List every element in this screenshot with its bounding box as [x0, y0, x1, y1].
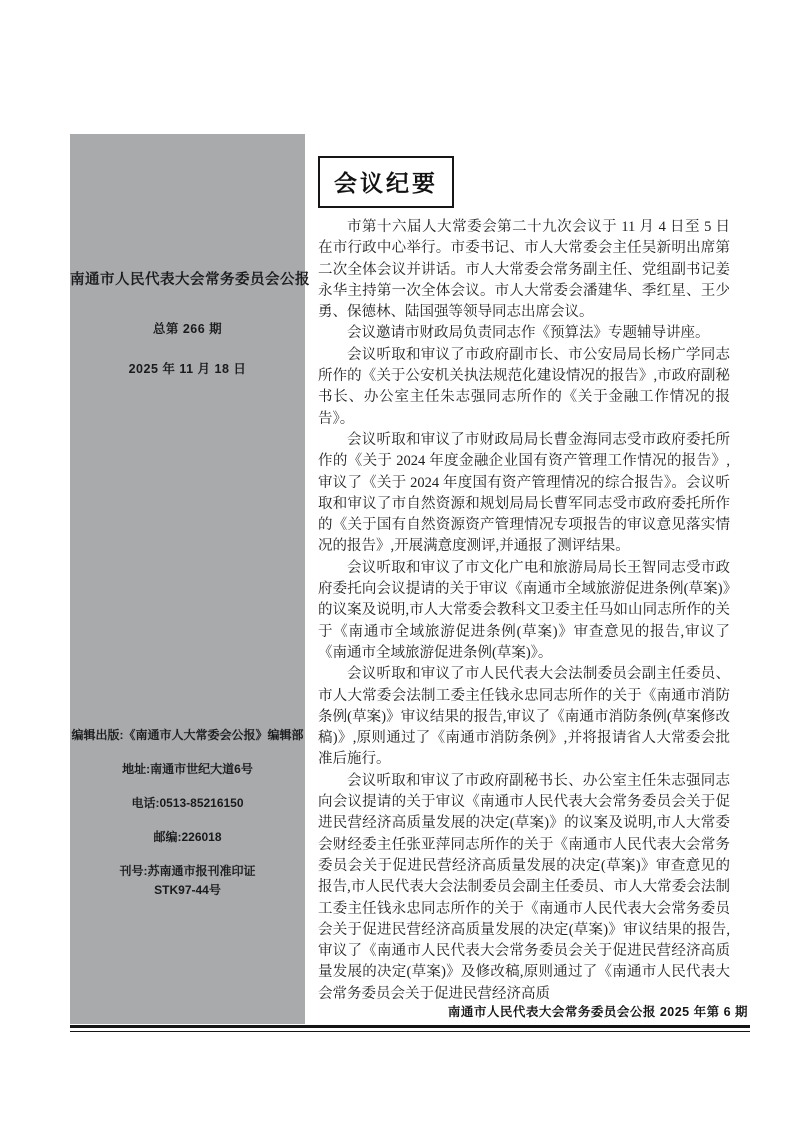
- section-heading-box: 会议纪要: [318, 156, 454, 208]
- publisher-address: 地址:南通市世纪大道6号: [70, 760, 305, 779]
- publisher-postcode: 邮编:226018: [70, 828, 305, 847]
- issue-number: 总第 266 期: [70, 319, 305, 337]
- publisher-info: 编辑出版:《南通市人大常委会公报》编辑部 地址:南通市世纪大道6号 电话:051…: [70, 726, 305, 900]
- meeting-minutes-body: 市第十六届人大常委会第二十九次会议于 11 月 4 日至 5 日在市行政中心举行…: [318, 217, 730, 1005]
- footer-rule: [70, 1025, 750, 1032]
- main-column: 会议纪要 市第十六届人大常委会第二十九次会议于 11 月 4 日至 5 日在市行…: [318, 156, 730, 1005]
- body-paragraph: 市第十六届人大常委会第二十九次会议于 11 月 4 日至 5 日在市行政中心举行…: [318, 217, 730, 323]
- footer-rule-thick-line: [70, 1025, 750, 1028]
- footer-page-info: 南通市人民代表大会常务委员会公报 2025 年第 6 期: [448, 1002, 748, 1020]
- publisher-license-line1: 刊号:苏南通市报刊准印证: [70, 862, 305, 881]
- gazette-page: 南通市人民代表大会常务委员会公报 总第 266 期 2025 年 11 月 18…: [0, 0, 794, 1122]
- body-paragraph: 会议听取和审议了市政府副秘书长、办公室主任朱志强同志向会议提请的关于审议《南通市…: [318, 771, 730, 1005]
- section-title: 会议纪要: [334, 170, 438, 196]
- publisher-phone: 电话:0513-85216150: [70, 794, 305, 813]
- body-paragraph: 会议听取和审议了市文化广电和旅游局局长王智同志受市政府委托向会议提请的关于审议《…: [318, 558, 730, 664]
- masthead-title: 南通市人民代表大会常务委员会公报: [70, 268, 305, 289]
- footer-rule-thin-line: [70, 1031, 750, 1033]
- body-paragraph: 会议听取和审议了市财政局局长曹金海同志受市政府委托所作的《关于 2024 年度金…: [318, 430, 730, 558]
- body-paragraph: 会议邀请市财政局负责同志作《预算法》专题辅导讲座。: [318, 323, 730, 344]
- publisher-license-line2: STK97-44号: [70, 881, 305, 900]
- masthead-sidebar: 南通市人民代表大会常务委员会公报 总第 266 期 2025 年 11 月 18…: [70, 134, 305, 1024]
- publisher-editor: 编辑出版:《南通市人大常委会公报》编辑部: [70, 726, 305, 745]
- body-paragraph: 会议听取和审议了市人民代表大会法制委员会副主任委员、市人大常委会法制工委主任钱永…: [318, 664, 730, 770]
- body-paragraph: 会议听取和审议了市政府副市长、市公安局局长杨广学同志所作的《关于公安机关执法规范…: [318, 345, 730, 430]
- publication-date: 2025 年 11 月 18 日: [70, 359, 305, 377]
